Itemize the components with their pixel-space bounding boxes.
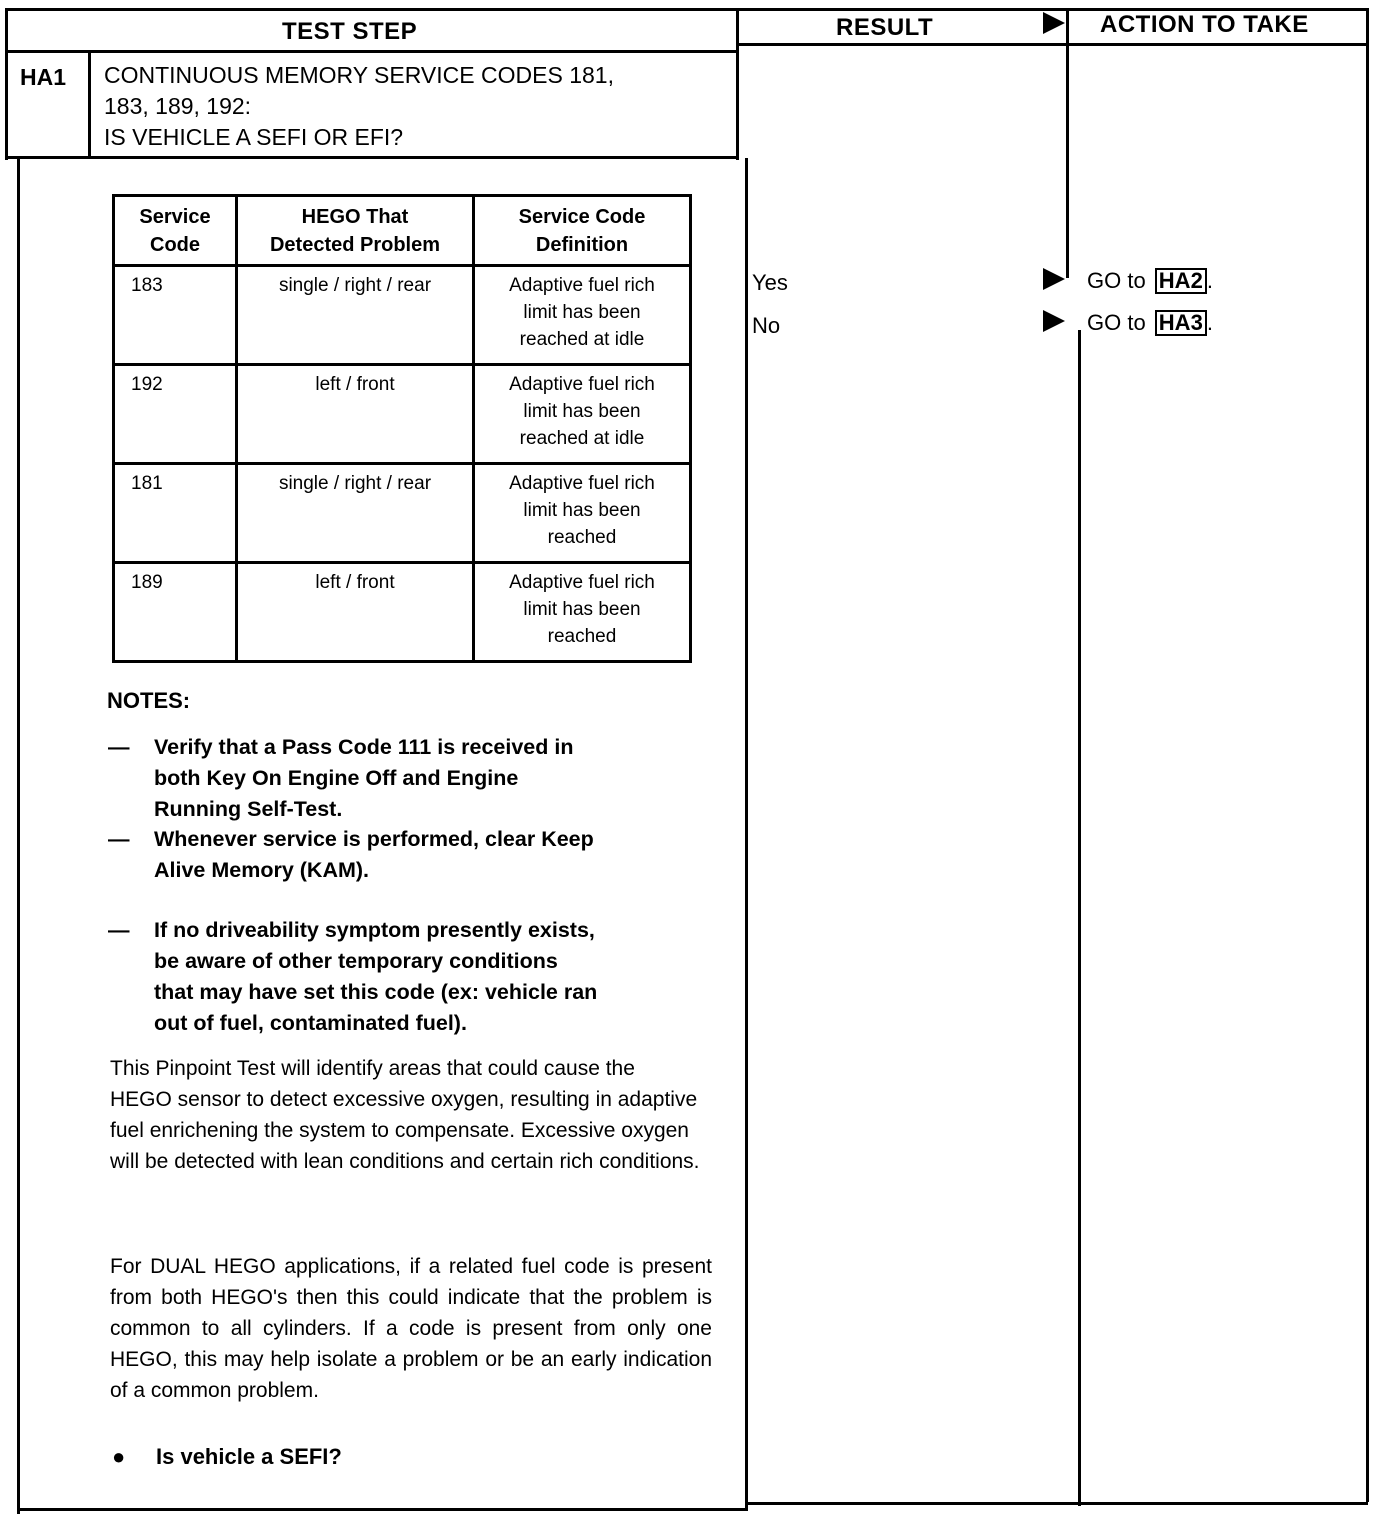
description-paragraph: This Pinpoint Test will identify areas t… [110,1053,700,1177]
header-action-to-take: ACTION TO TAKE [1100,11,1309,39]
service-code-cell: 183 [114,266,237,365]
step-id: HA1 [20,64,66,91]
service-code-cell: 181 [114,464,237,563]
hego-cell: single / right / rear [237,266,474,365]
step-id-divider [88,50,91,158]
bullet-icon: ● [112,1444,156,1470]
right-border [1366,8,1369,1502]
bottom-border-left [17,1508,748,1511]
hego-cell: left / front [237,365,474,464]
table-row: 181 single / right / rear Adaptive fuel … [114,464,691,563]
step-link-ha3[interactable]: HA3 [1155,310,1207,336]
result-no-arrow-icon [1043,310,1065,332]
result-no: No [752,313,780,339]
service-code-table: Service Code HEGO That Detected Problem … [112,194,692,663]
dash-marker: — [108,915,130,946]
step-question: ●Is vehicle a SEFI? [112,1444,342,1470]
column-header-service-code: Service Code [114,196,237,266]
definition-cell: Adaptive fuel rich limit has been reache… [474,464,691,563]
definition-cell: Adaptive fuel rich limit has been reache… [474,365,691,464]
result-yes-arrow-icon [1043,268,1065,290]
action-no: GO to HA3. [1087,310,1213,336]
dual-hego-paragraph: For DUAL HEGO applications, if a related… [110,1251,712,1406]
note-item: — If no driveability symptom presently e… [108,915,708,1039]
column-header-definition: Service Code Definition [474,196,691,266]
step-link-ha2[interactable]: HA2 [1155,268,1207,294]
test-step-right-border-upper [736,8,739,160]
test-step-right-border-lower [745,158,748,1510]
table-row: 192 left / front Adaptive fuel rich limi… [114,365,691,464]
table-row: 189 left / front Adaptive fuel rich limi… [114,563,691,662]
step-title-line: IS VEHICLE A SEFI OR EFI? [104,122,614,153]
table-header-row: Service Code HEGO That Detected Problem … [114,196,691,266]
dash-marker: — [108,732,130,763]
step-title: CONTINUOUS MEMORY SERVICE CODES 181, 183… [104,60,614,153]
note-item: — Verify that a Pass Code 111 is receive… [108,732,708,825]
question-text: Is vehicle a SEFI? [156,1444,342,1469]
hego-cell: single / right / rear [237,464,474,563]
left-border-upper [5,8,8,160]
result-right-border-lower [1078,330,1081,1506]
definition-cell: Adaptive fuel rich limit has been reache… [474,266,691,365]
left-border-lower [17,158,20,1514]
note-item: — Whenever service is performed, clear K… [108,824,708,886]
step-title-line: 183, 189, 192: [104,91,614,122]
result-right-border-upper [1066,8,1069,278]
header-arrow-icon [1043,12,1065,34]
table-row: 183 single / right / rear Adaptive fuel … [114,266,691,365]
header-test-step: TEST STEP [282,18,417,46]
step-title-line: CONTINUOUS MEMORY SERVICE CODES 181, [104,60,614,91]
column-header-hego: HEGO That Detected Problem [237,196,474,266]
service-code-cell: 192 [114,365,237,464]
hego-cell: left / front [237,563,474,662]
bottom-border-right [748,1502,1368,1505]
header-bottom-border-left [5,50,738,53]
definition-cell: Adaptive fuel rich limit has been reache… [474,563,691,662]
step-title-bottom-border [5,156,738,159]
result-yes: Yes [752,270,788,296]
service-code-cell: 189 [114,563,237,662]
dash-marker: — [108,824,130,855]
notes-title: NOTES: [107,688,190,714]
header-result: RESULT [836,14,933,42]
action-yes: GO to HA2. [1087,268,1213,294]
header-bottom-border-right [738,43,1368,46]
